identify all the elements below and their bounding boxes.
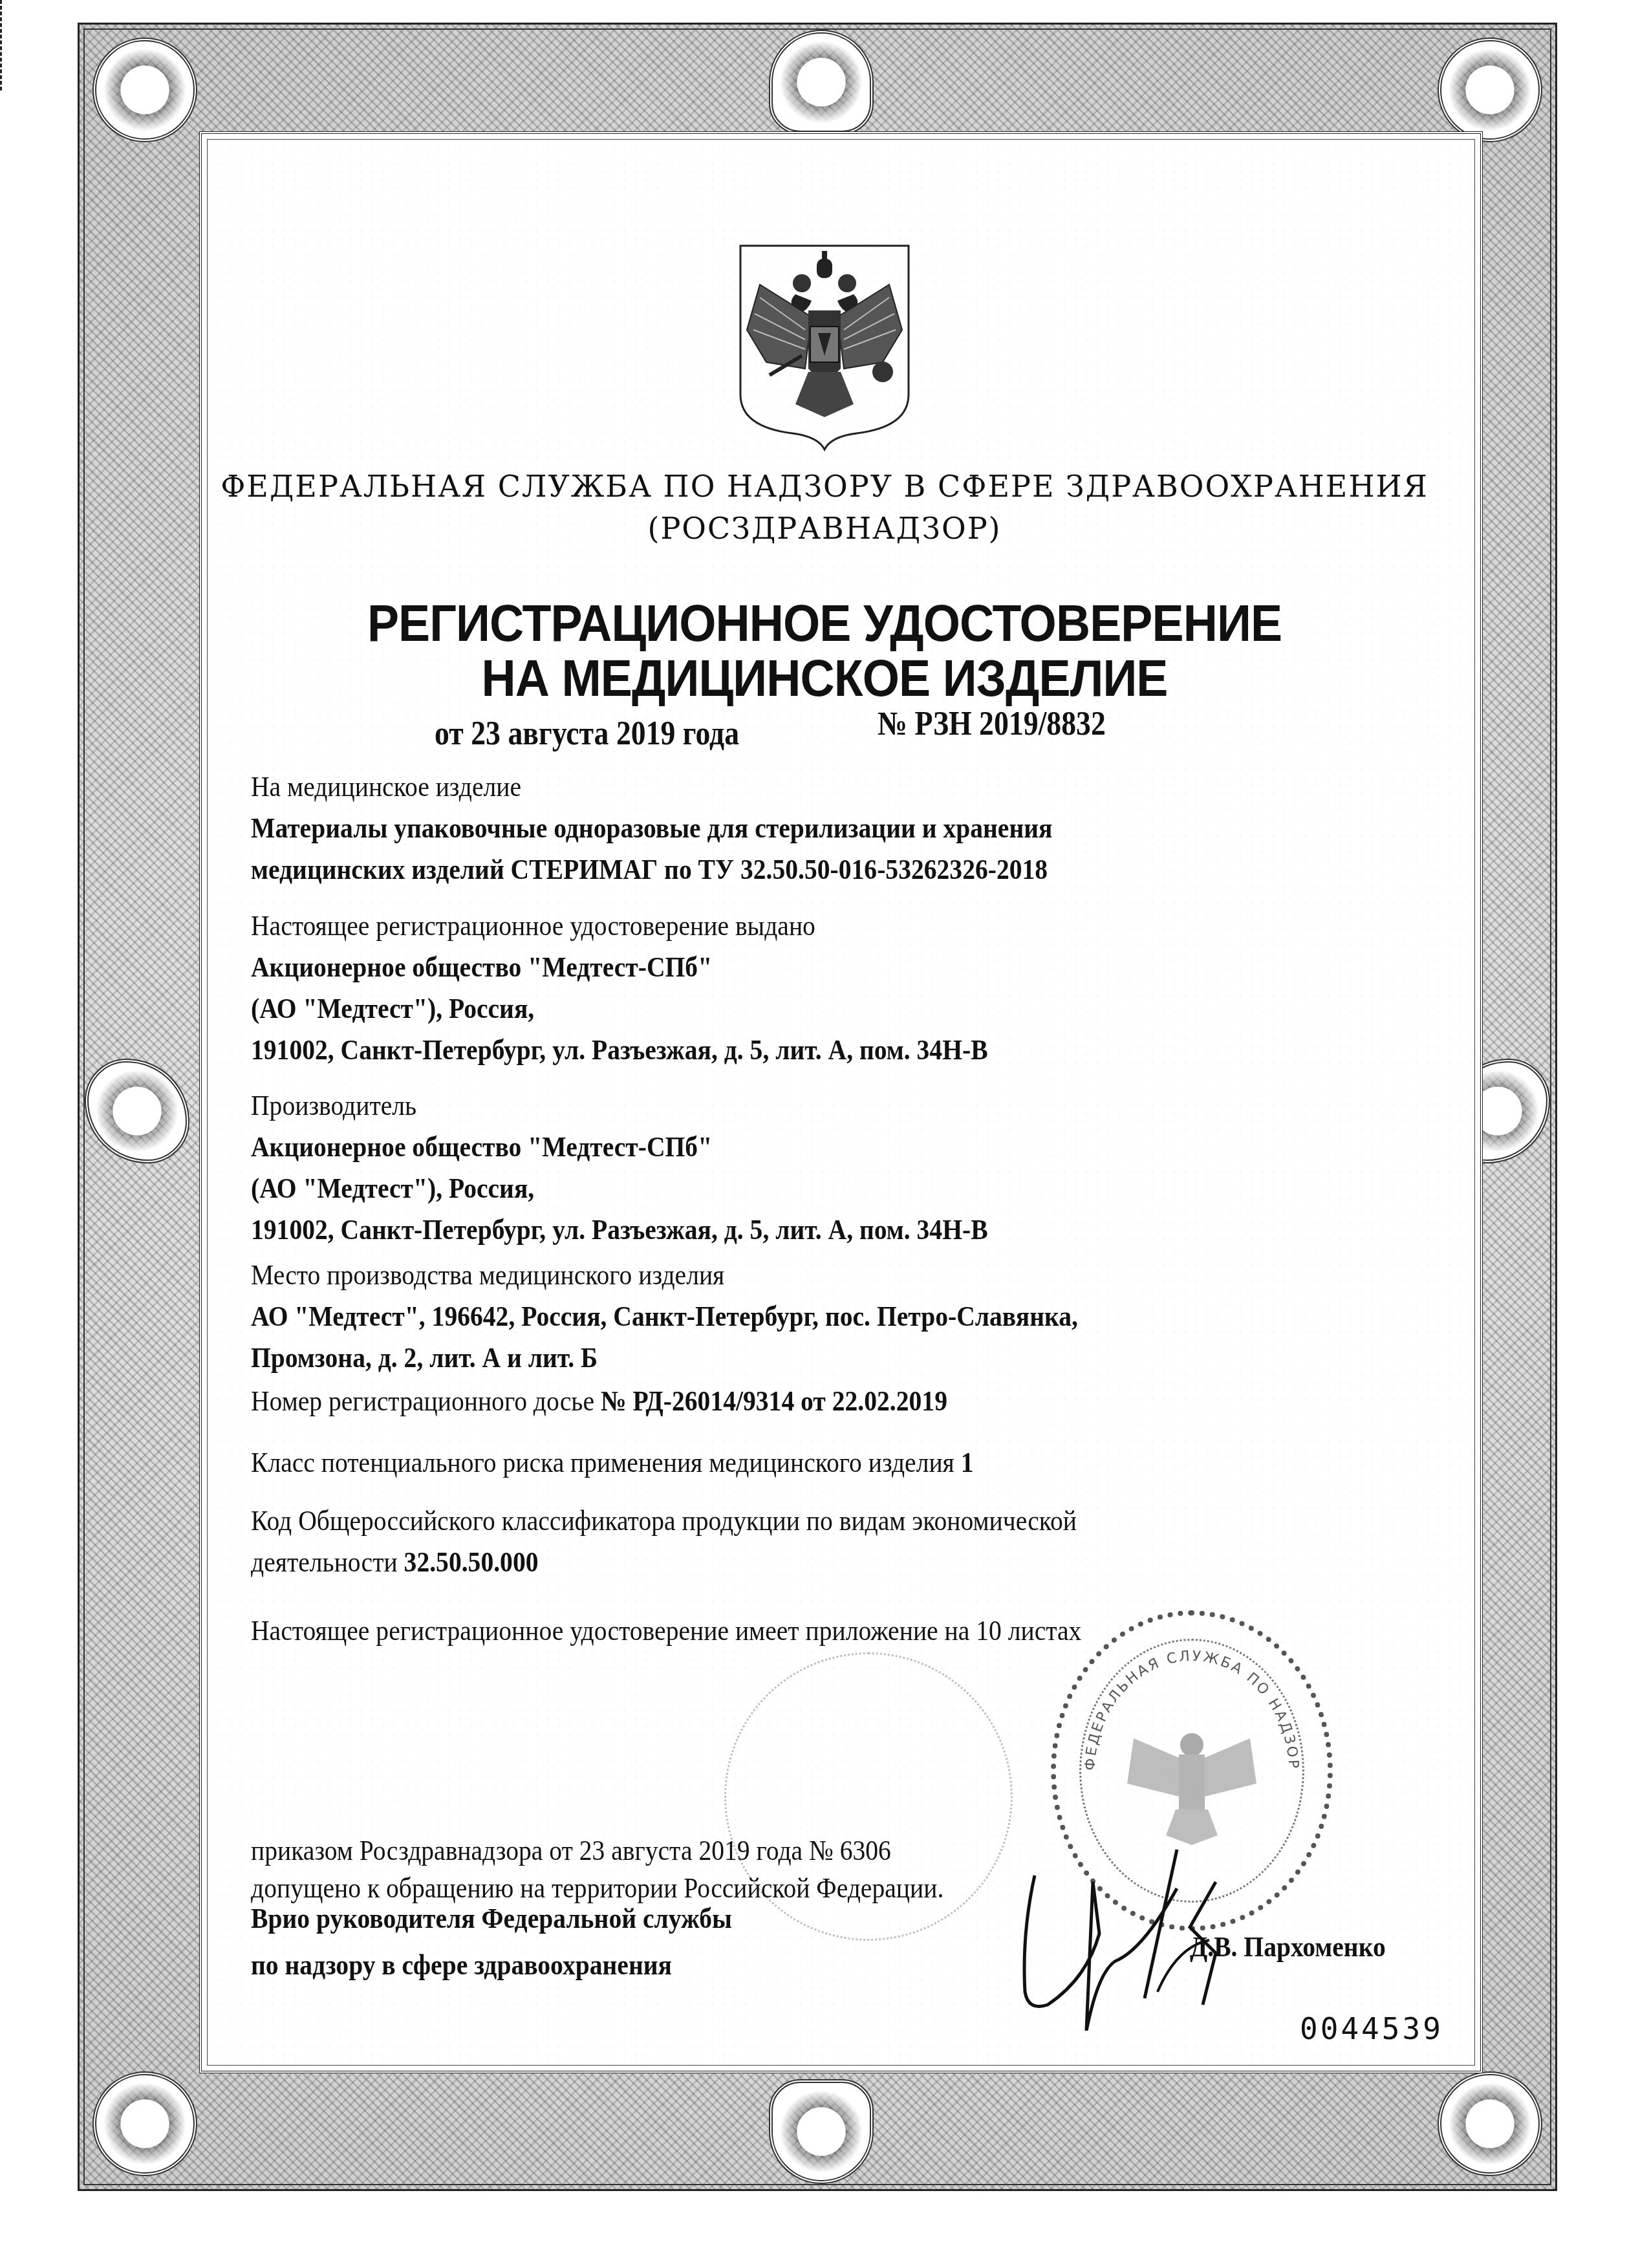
production-site-line1: АО "Медтест", 196642, Россия, Санкт-Пете… — [251, 1296, 1217, 1337]
corner-ornament-icon — [1438, 2071, 1542, 2176]
manufacturer-address: 191002, Санкт-Петербург, ул. Разъезжая, … — [251, 1209, 1217, 1251]
product-section: На медицинское изделие Материалы упаково… — [251, 766, 1324, 891]
holder-section: Настоящее регистрационное удостоверение … — [251, 905, 1324, 1071]
manufacturer-line1: Акционерное общество "Медтест-СПб" — [251, 1127, 1217, 1168]
side-ornament-icon — [769, 30, 874, 135]
side-ornament-icon — [769, 2079, 874, 2184]
agency-name: ФЕДЕРАЛЬНАЯ СЛУЖБА ПО НАДЗОРУ В СФЕРЕ ЗД… — [0, 469, 1649, 504]
document-title: РЕГИСТРАЦИОННОЕ УДОСТОВЕРЕНИЕ — [66, 594, 1583, 653]
svg-text:ФЕДЕРАЛЬНАЯ СЛУЖБА ПО НАДЗОРУ: ФЕДЕРАЛЬНАЯ СЛУЖБА ПО НАДЗОРУ В СФЕРЕ ЗД… — [1056, 1615, 1301, 1771]
document-subtitle: НА МЕДИЦИНСКОЕ ИЗДЕЛИЕ — [66, 649, 1583, 708]
corner-ornament-icon — [92, 38, 197, 142]
dossier-label: Номер регистрационного досье — [251, 1385, 594, 1417]
holder-line2: (АО "Медтест"), Россия, — [251, 988, 1217, 1030]
product-name-line1: Материалы упаковочные одноразовые для ст… — [251, 808, 1217, 849]
dossier-value: № РД-26014/9314 от 22.02.2019 — [601, 1385, 947, 1417]
production-site-section: Место производства медицинского изделия … — [251, 1255, 1324, 1379]
manufacturer-line2: (АО "Медтест"), Россия, — [251, 1168, 1217, 1209]
scan-margin-marks — [0, 0, 5, 91]
form-serial-number: 0044539 — [1300, 2011, 1443, 2046]
russian-coat-of-arms-icon — [734, 233, 915, 453]
okpd-label-line2: деятельности — [251, 1546, 398, 1578]
product-name-line2: медицинских изделий СТЕРИМАГ по ТУ 32.50… — [251, 849, 1217, 891]
production-site-label: Место производства медицинского изделия — [251, 1255, 1217, 1296]
corner-ornament-icon — [1438, 38, 1542, 142]
risk-class-value: 1 — [961, 1447, 974, 1478]
dossier-section: Номер регистрационного досье № РД-26014/… — [251, 1381, 1324, 1422]
signatory-name: Д.В. Пархоменко — [1190, 1930, 1386, 1963]
okpd-label-line1: Код Общероссийского классификатора проду… — [251, 1500, 1217, 1542]
issue-date: от 23 августа 2019 года — [435, 715, 739, 753]
okpd-value: 32.50.50.000 — [404, 1546, 539, 1578]
corner-ornament-icon — [92, 2071, 197, 2176]
holder-line1: Акционерное общество "Медтест-СПб" — [251, 947, 1217, 988]
holder-label: Настоящее регистрационное удостоверение … — [251, 905, 1217, 947]
product-label: На медицинское изделие — [251, 766, 1217, 808]
side-ornament-icon — [85, 1059, 189, 1163]
agency-abbreviation: (РОСЗДРАВНАДЗОР) — [0, 511, 1649, 546]
holder-address: 191002, Санкт-Петербург, ул. Разъезжая, … — [251, 1030, 1217, 1071]
risk-class-section: Класс потенциального риска применения ме… — [251, 1442, 1324, 1484]
manufacturer-section: Производитель Акционерное общество "Медт… — [251, 1085, 1324, 1251]
seal-text: ФЕДЕРАЛЬНАЯ СЛУЖБА ПО НАДЗОРУ В СФЕРЕ ЗД… — [1056, 1615, 1301, 1771]
okpd-section: Код Общероссийского классификатора проду… — [251, 1500, 1324, 1583]
production-site-line2: Промзона, д. 2, лит. А и лит. Б — [251, 1337, 1217, 1379]
risk-class-label: Класс потенциального риска применения ме… — [251, 1447, 954, 1478]
registration-number: № РЗН 2019/8832 — [878, 705, 1106, 743]
manufacturer-label: Производитель — [251, 1085, 1217, 1127]
